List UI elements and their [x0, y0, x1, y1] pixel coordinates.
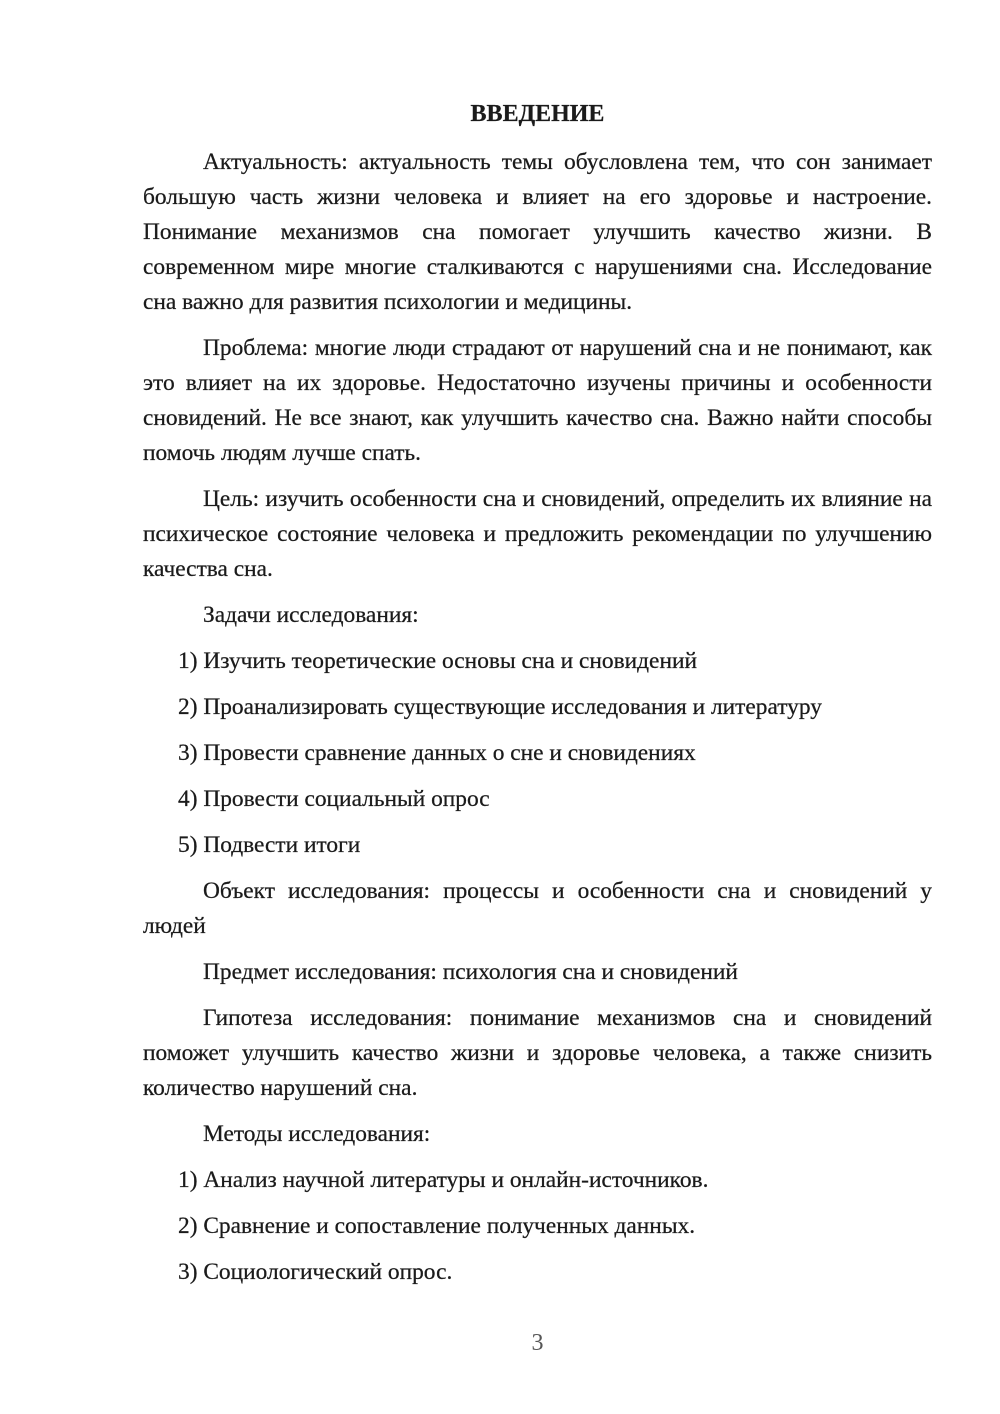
page-number: 3 — [143, 1328, 932, 1358]
methods-heading: Методы исследования: — [143, 1117, 932, 1152]
method-item: 2) Сравнение и сопоставление полученных … — [143, 1209, 932, 1244]
task-item: 4) Провести социальный опрос — [143, 782, 932, 817]
task-item: 5) Подвести итоги — [143, 828, 932, 863]
paragraph-object: Объект исследования: процессы и особенно… — [143, 874, 932, 944]
tasks-heading: Задачи исследования: — [143, 598, 932, 633]
paragraph-hypothesis: Гипотеза исследования: понимание механиз… — [143, 1001, 932, 1106]
section-title: ВВЕДЕНИЕ — [143, 97, 932, 132]
paragraph-goal: Цель: изучить особенности сна и сновиден… — [143, 482, 932, 587]
document-content: ВВЕДЕНИЕ Актуальность: актуальность темы… — [143, 97, 932, 1301]
paragraph-relevance: Актуальность: актуальность темы обусловл… — [143, 145, 932, 320]
method-item: 3) Социологический опрос. — [143, 1255, 932, 1290]
document-page: ВВЕДЕНИЕ Актуальность: актуальность темы… — [0, 0, 1000, 1414]
task-item: 2) Проанализировать существующие исследо… — [143, 690, 932, 725]
task-item: 1) Изучить теоретические основы сна и сн… — [143, 644, 932, 679]
method-item: 1) Анализ научной литературы и онлайн-ис… — [143, 1163, 932, 1198]
paragraph-subject: Предмет исследования: психология сна и с… — [143, 955, 932, 990]
paragraph-problem: Проблема: многие люди страдают от наруше… — [143, 331, 932, 471]
task-item: 3) Провести сравнение данных о сне и сно… — [143, 736, 932, 771]
